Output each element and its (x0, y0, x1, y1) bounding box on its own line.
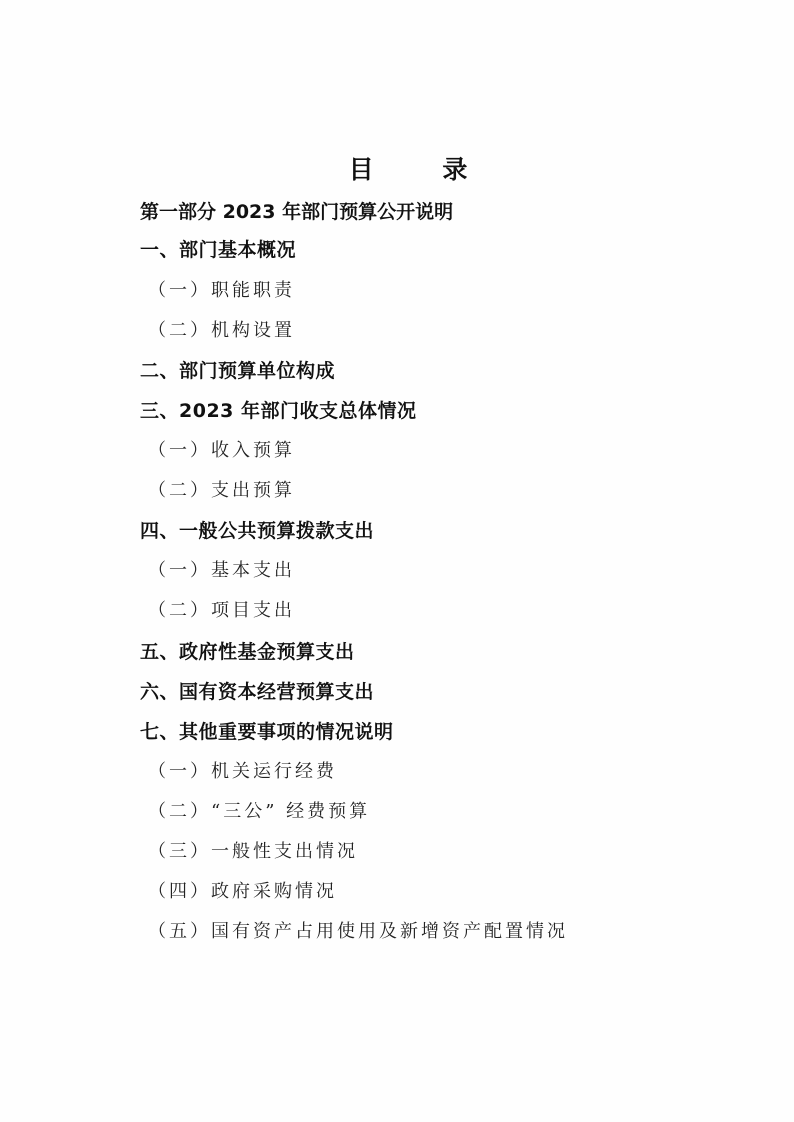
toc-title: 目 录 (0, 150, 794, 186)
toc-section-1: 一、部门基本概况 (140, 238, 296, 262)
document-page: 目 录 第一部分 2023 年部门预算公开说明 一、部门基本概况 （一）职能职责… (0, 0, 794, 1122)
toc-subsection: （一）职能职责 (148, 279, 295, 303)
toc-subsection: （二）支出预算 (148, 479, 295, 503)
toc-section-3: 三、2023 年部门收支总体情况 (140, 399, 417, 423)
toc-subsection: （三）一般性支出情况 (148, 840, 358, 864)
toc-subsection: （四）政府采购情况 (148, 880, 337, 904)
toc-section-4: 四、一般公共预算拨款支出 (140, 519, 374, 543)
toc-subsection: （二）项目支出 (148, 599, 295, 623)
toc-subsection: （二）“三公” 经费预算 (148, 800, 370, 824)
toc-section-7: 七、其他重要事项的情况说明 (140, 720, 394, 744)
toc-subsection: （五）国有资产占用使用及新增资产配置情况 (148, 920, 568, 944)
toc-section-2: 二、部门预算单位构成 (140, 359, 335, 383)
toc-subsection: （一）收入预算 (148, 439, 295, 463)
toc-section-6: 六、国有资本经营预算支出 (140, 680, 374, 704)
toc-subsection: （一）基本支出 (148, 559, 295, 583)
toc-subsection: （二）机构设置 (148, 319, 295, 343)
toc-subsection: （一）机关运行经费 (148, 760, 337, 784)
toc-section-5: 五、政府性基金预算支出 (140, 640, 355, 664)
toc-part-heading: 第一部分 2023 年部门预算公开说明 (140, 200, 453, 224)
